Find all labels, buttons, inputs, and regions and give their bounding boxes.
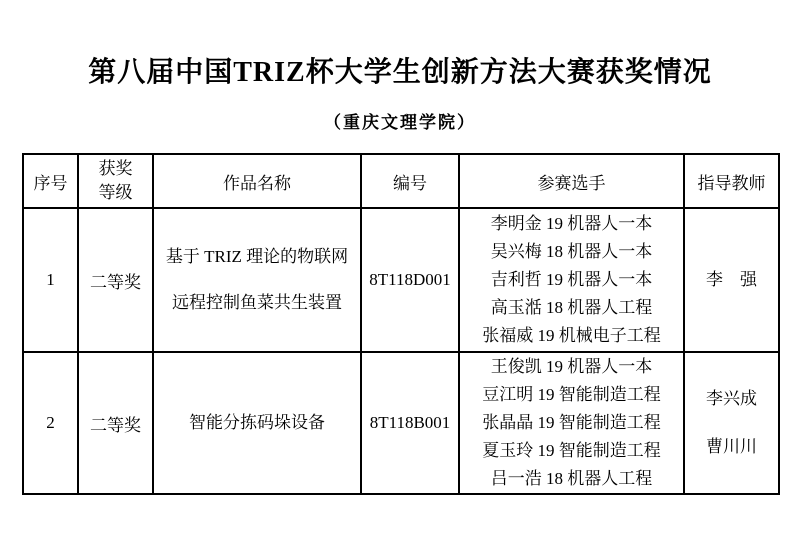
cell-index: 1 — [23, 208, 78, 352]
work-line: 智能分拣码垛设备 — [154, 400, 360, 446]
col-header-award-line-2: 等级 — [79, 181, 152, 205]
cell-code: 8T118D001 — [361, 208, 459, 352]
participant-line: 张晶晶 19 智能制造工程 — [460, 409, 683, 437]
table-row: 2 二等奖 智能分拣码垛设备 8T118B001 王俊凯 19 机器人一本 豆江… — [23, 352, 779, 494]
teacher-line: 李兴成 — [685, 375, 778, 423]
table-header-row: 序号 获奖 等级 作品名称 编号 参赛选手 指导教师 — [23, 154, 779, 208]
teacher-line: 曹川川 — [685, 423, 778, 471]
participant-line: 李明金 19 机器人一本 — [460, 210, 683, 238]
participant-line: 吕一浩 18 机器人工程 — [460, 465, 683, 493]
col-header-work: 作品名称 — [153, 154, 361, 208]
participant-line: 夏玉玲 19 智能制造工程 — [460, 437, 683, 465]
document-subtitle: （重庆文理学院） — [0, 112, 800, 134]
participant-line: 豆江明 19 智能制造工程 — [460, 381, 683, 409]
cell-teacher: 李 强 — [684, 208, 779, 352]
document-page: 第八届中国TRIZ杯大学生创新方法大赛获奖情况 （重庆文理学院） 序号 获奖 等… — [0, 0, 800, 533]
table-row: 1 二等奖 基于 TRIZ 理论的物联网 远程控制鱼菜共生装置 8T118D00… — [23, 208, 779, 352]
cell-award: 二等奖 — [78, 352, 153, 494]
cell-work: 基于 TRIZ 理论的物联网 远程控制鱼菜共生装置 — [153, 208, 361, 352]
col-header-index: 序号 — [23, 154, 78, 208]
participant-line: 王俊凯 19 机器人一本 — [460, 353, 683, 381]
cell-award: 二等奖 — [78, 208, 153, 352]
col-header-award: 获奖 等级 — [78, 154, 153, 208]
cell-work: 智能分拣码垛设备 — [153, 352, 361, 494]
participant-line: 高玉湉 18 机器人工程 — [460, 294, 683, 322]
work-line: 基于 TRIZ 理论的物联网 — [154, 234, 360, 280]
participant-line: 吉利哲 19 机器人一本 — [460, 266, 683, 294]
col-header-award-line-1: 获奖 — [79, 157, 152, 181]
document-title: 第八届中国TRIZ杯大学生创新方法大赛获奖情况 — [0, 0, 800, 93]
cell-code: 8T118B001 — [361, 352, 459, 494]
awards-table: 序号 获奖 等级 作品名称 编号 参赛选手 指导教师 1 二等奖 基于 TRIZ… — [22, 153, 780, 495]
col-header-teacher: 指导教师 — [684, 154, 779, 208]
cell-teacher: 李兴成 曹川川 — [684, 352, 779, 494]
cell-participants: 李明金 19 机器人一本 吴兴梅 18 机器人一本 吉利哲 19 机器人一本 高… — [459, 208, 684, 352]
participant-line: 吴兴梅 18 机器人一本 — [460, 238, 683, 266]
participant-line: 张福威 19 机械电子工程 — [460, 322, 683, 350]
teacher-line: 李 强 — [685, 256, 778, 304]
col-header-code: 编号 — [361, 154, 459, 208]
cell-participants: 王俊凯 19 机器人一本 豆江明 19 智能制造工程 张晶晶 19 智能制造工程… — [459, 352, 684, 494]
col-header-participants: 参赛选手 — [459, 154, 684, 208]
cell-index: 2 — [23, 352, 78, 494]
work-line: 远程控制鱼菜共生装置 — [154, 280, 360, 326]
